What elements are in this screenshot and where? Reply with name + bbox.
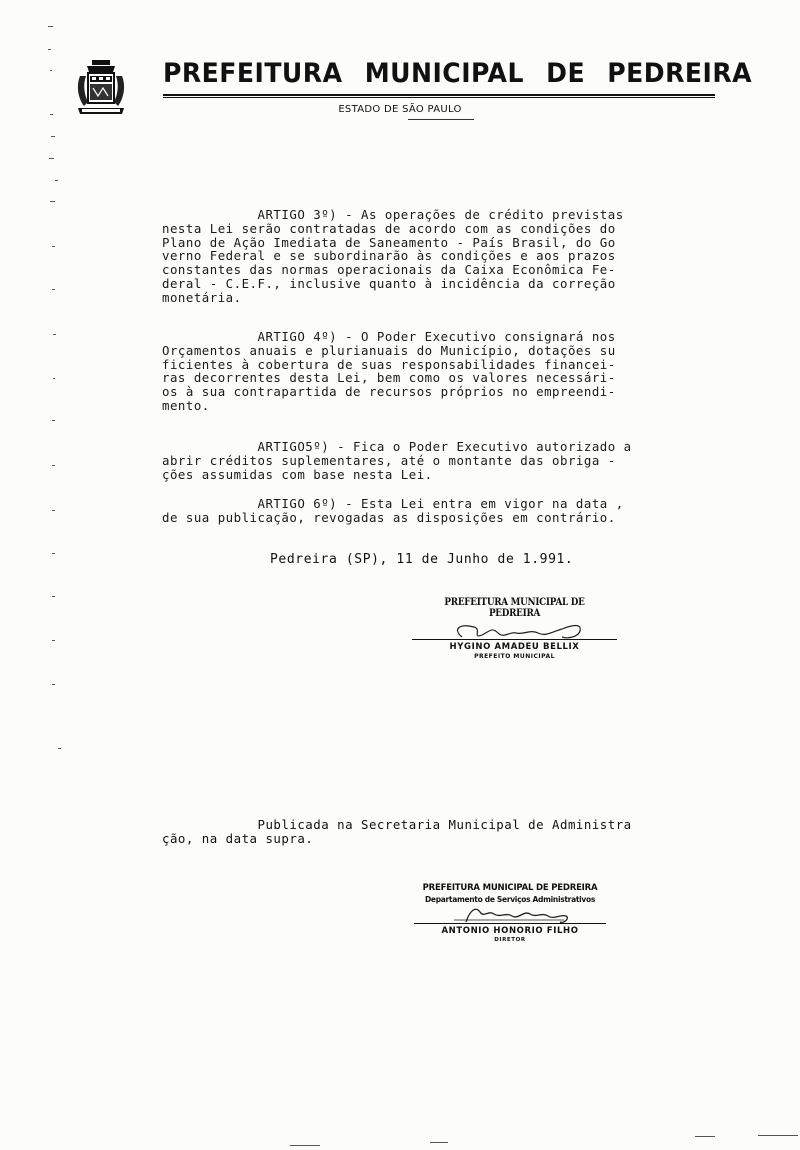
- article-3: ARTIGO 3º) - As operações de crédito pre…: [162, 208, 714, 305]
- mayor-stamp: PREFEITURA MUNICIPAL DE PEDREIRA: [424, 597, 604, 619]
- subtitle-divider: [408, 119, 474, 120]
- scan-mark: [52, 420, 55, 421]
- director-signature-block: PREFEITURA MUNICIPAL DE PEDREIRA Departa…: [414, 883, 606, 943]
- mayor-signature-icon: [412, 619, 617, 643]
- scan-mark: [48, 26, 53, 27]
- director-stamp: PREFEITURA MUNICIPAL DE PEDREIRA: [414, 883, 606, 893]
- scan-mark: [53, 334, 56, 335]
- article-6-text: ARTIGO 6º) - Esta Lei entra em vigor na …: [162, 497, 714, 525]
- scan-mark: [52, 596, 55, 597]
- scan-mark: [50, 201, 55, 202]
- scan-mark: [290, 1145, 320, 1146]
- scan-mark: [49, 158, 54, 159]
- director-name: ANTONIO HONORIO FILHO: [414, 926, 606, 936]
- director-signature-icon: [414, 904, 606, 926]
- scan-mark: [52, 246, 55, 247]
- mayor-role: PREFEITO MUNICIPAL: [412, 653, 617, 660]
- scan-mark: [52, 684, 55, 685]
- scan-mark: [53, 378, 55, 379]
- article-5: ARTIGO5º) - Fica o Poder Executivo autor…: [162, 440, 714, 481]
- director-role: DIRETOR: [414, 937, 606, 943]
- scan-mark: [695, 1136, 715, 1137]
- scan-mark: [48, 49, 51, 50]
- scan-mark: [758, 1135, 798, 1136]
- director-department: Departamento de Serviços Administrativos: [414, 895, 606, 904]
- article-4-text: ARTIGO 4º) - O Poder Executivo consignar…: [162, 330, 714, 413]
- scan-mark: [52, 465, 55, 466]
- date-line: Pedreira (SP), 11 de Junho de 1.991.: [270, 552, 573, 567]
- scan-mark: [52, 640, 55, 641]
- scan-mark: [52, 510, 55, 511]
- article-6: ARTIGO 6º) - Esta Lei entra em vigor na …: [162, 497, 714, 525]
- scan-mark: [50, 114, 53, 115]
- publication-note: Publicada na Secretaria Municipal de Adm…: [162, 818, 632, 846]
- scan-mark: [55, 180, 58, 181]
- page-title: PREFEITURA MUNICIPAL DE PEDREIRA: [163, 58, 676, 89]
- page-subtitle: ESTADO DE SÃO PAULO: [0, 104, 800, 115]
- scan-mark: [430, 1142, 448, 1143]
- article-5-text: ARTIGO5º) - Fica o Poder Executivo autor…: [162, 440, 714, 481]
- scan-mark: [51, 136, 55, 137]
- mayor-signature-block: PREFEITURA MUNICIPAL DE PEDREIRA HYGINO …: [412, 597, 617, 660]
- scan-mark: [50, 70, 52, 71]
- scan-mark: [52, 289, 55, 290]
- scan-mark: [52, 553, 55, 554]
- article-4: ARTIGO 4º) - O Poder Executivo consignar…: [162, 330, 714, 413]
- article-3-text: ARTIGO 3º) - As operações de crédito pre…: [162, 208, 714, 305]
- scan-mark: [58, 748, 61, 749]
- title-divider: [163, 94, 715, 98]
- mayor-name: HYGINO AMADEU BELLIX: [412, 642, 617, 652]
